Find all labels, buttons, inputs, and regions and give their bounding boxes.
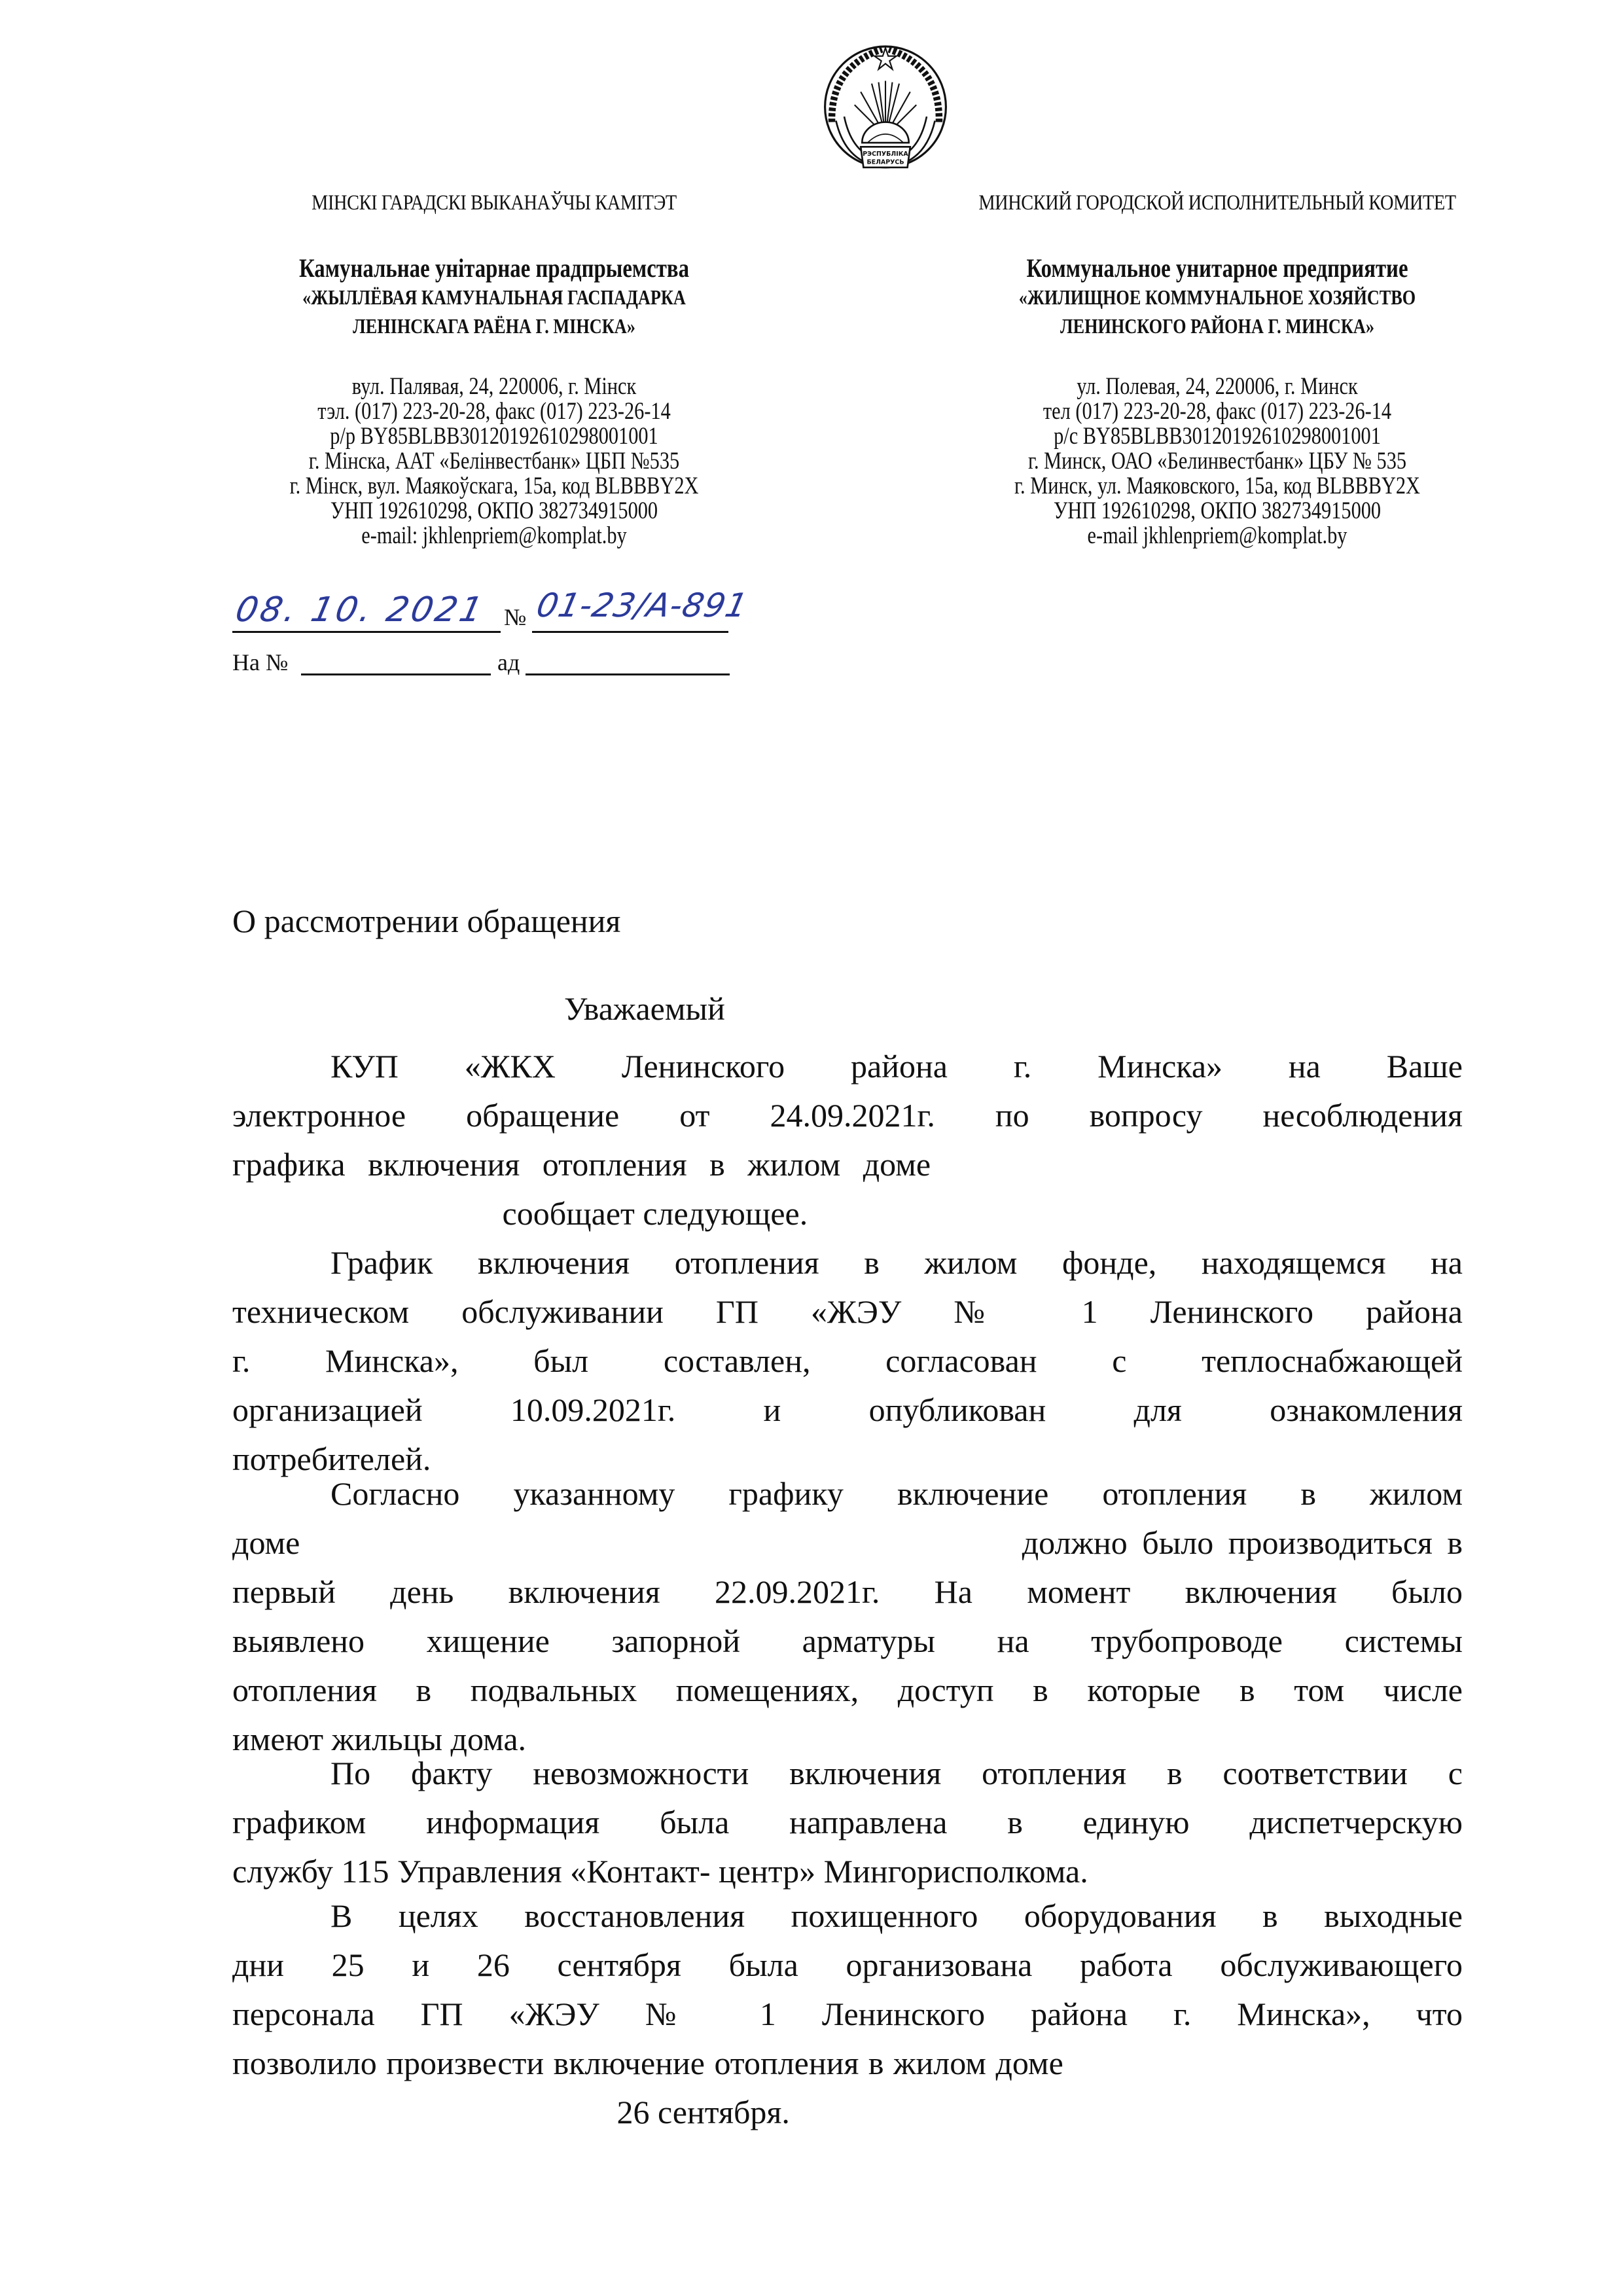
paragraph-line: выявлено хищение запорной арматуры на тр… [232, 1617, 1463, 1666]
paragraph-line: службу 115 Управления «Контакт- центр» М… [232, 1847, 1463, 1896]
tax-ids-be: УНП 192610298, ОКПО 382734915000 [250, 499, 738, 524]
paragraph-line-text: позволило произвести включение отопления… [232, 2045, 1063, 2081]
bank-name-ru: г. Минск, ОАО «Белинвестбанк» ЦБУ № 535 [949, 449, 1486, 474]
redacted-address [232, 1189, 494, 1238]
paragraph-line-text: 26 сентября. [617, 2094, 790, 2130]
contacts-ru: ул. Полевая, 24, 220006, г. Минск тел (0… [890, 374, 1544, 548]
paragraph-line: В целях восстановления похищенного обору… [232, 1892, 1463, 1941]
redacted-address [232, 2088, 609, 2137]
outgoing-date-field: 08. 10. 2021 [232, 589, 501, 633]
org-type-be: Камунальнае унітарнае прадпрыемства [250, 254, 738, 283]
redacted-address [1071, 2039, 1268, 2088]
salutation: Уважаемый [564, 990, 725, 1028]
paragraph-line: персонала ГП «ЖЭУ № 1 Ленинского района … [232, 1990, 1463, 2039]
phone-fax-ru: тел (017) 223-20-28, факс (017) 223-26-1… [949, 399, 1486, 424]
registration-line: 08. 10. 2021 № 01-23/А-891 [232, 589, 730, 635]
address-ru: ул. Полевая, 24, 220006, г. Минск [949, 374, 1486, 399]
reference-date-field [526, 645, 730, 675]
org-name-line2-ru: ЛЕНИНСКОГО РАЙОНА Г. МИНСКА» [965, 312, 1470, 340]
bank-name-be: г. Мінска, ААТ «Белінвестбанк» ЦБП №535 [250, 449, 738, 474]
reference-number-field [301, 645, 491, 675]
letter-subject: О рассмотрении обращения [232, 902, 620, 940]
paragraph-line: г. Минска», был составлен, согласован с … [232, 1336, 1463, 1386]
paragraph-line: сообщает следующее. [232, 1189, 1463, 1238]
email-be: e-mail: jkhlenpriem@komplat.by [250, 524, 738, 548]
phone-fax-be: тэл. (017) 223-20-28, факс (017) 223-26-… [250, 399, 738, 424]
paragraph-line-text: графика включения отопления в жилом доме [232, 1146, 931, 1183]
tax-ids-ru: УНП 192610298, ОКПО 382734915000 [949, 499, 1486, 524]
paragraph-line: отопления в подвальных помещениях, досту… [232, 1666, 1463, 1715]
paragraph-line-text: доме [232, 1524, 300, 1561]
paragraph-5: В целях восстановления похищенного обору… [232, 1892, 1463, 2137]
org-block-ru: Коммунальное унитарное предприятие «ЖИЛИ… [910, 254, 1525, 340]
handwritten-number: 01-23/А-891 [533, 586, 751, 624]
paragraph-line: График включения отопления в жилом фонде… [232, 1238, 1463, 1287]
paragraph-line: электронное обращение от 24.09.2021г. по… [232, 1091, 1463, 1140]
address-be: вул. Палявая, 24, 220006, г. Мінск [250, 374, 738, 399]
paragraph-line-text: должно было производиться в [1022, 1518, 1463, 1568]
redacted-address [939, 1140, 1266, 1189]
paragraph-line: графика включения отопления в жилом доме [232, 1140, 1463, 1189]
bank-account-ru: р/с BY85BLBB30120192610298001001 [949, 424, 1486, 449]
reference-date-label: ад [497, 649, 520, 676]
paragraph-line-text: сообщает следующее. [503, 1195, 808, 1232]
org-block-be: Камунальнае унітарнае прадпрыемства «ЖЫЛ… [196, 254, 792, 340]
paragraph-line: По факту невозможности включения отоплен… [232, 1749, 1463, 1798]
paragraph-line: 26 сентября. [232, 2088, 1463, 2137]
paragraph-line: техническом обслуживании ГП «ЖЭУ № 1 Лен… [232, 1287, 1463, 1336]
handwritten-date: 08. 10. 2021 [232, 590, 489, 630]
reference-number-label: На № [232, 649, 288, 676]
paragraph-line: организацией 10.09.2021г. и опубликован … [232, 1386, 1463, 1435]
bank-address-ru: г. Минск, ул. Маяковского, 15а, код BLBB… [949, 474, 1486, 499]
paragraph-line: Согласно указанному графику включение от… [232, 1469, 1463, 1518]
paragraph-line: КУП «ЖКХ Ленинского района г. Минска» на… [232, 1042, 1463, 1091]
committee-title-ru: МИНСКИЙ ГОРОДСКОЙ ИСПОЛНИТЕЛЬНЫЙ КОМИТЕТ [953, 191, 1482, 215]
paragraph-2: График включения отопления в жилом фонде… [232, 1238, 1463, 1484]
bank-address-be: г. Мінск, вул. Маякоўскага, 15а, код BLB… [250, 474, 738, 499]
paragraph-1: КУП «ЖКХ Ленинского района г. Минска» на… [232, 1042, 1463, 1238]
state-emblem-icon: РЭСПУБЛІКА БЕЛАРУСЬ [817, 38, 954, 179]
redacted-address [308, 1518, 845, 1568]
paragraph-4: По факту невозможности включения отоплен… [232, 1749, 1463, 1896]
bank-account-be: р/р BY85BLBB30120192610298001001 [250, 424, 738, 449]
org-name-line1-ru: «ЖИЛИЩНОЕ КОММУНАЛЬНОЕ ХОЗЯЙСТВО [965, 283, 1470, 312]
paragraph-line: позволило произвести включение отопления… [232, 2039, 1463, 2088]
number-label: № [504, 603, 526, 631]
org-type-ru: Коммунальное унитарное предприятие [965, 254, 1470, 283]
contacts-be: вул. Палявая, 24, 220006, г. Мінск тэл. … [196, 374, 792, 548]
paragraph-line: графиком информация была направлена в ед… [232, 1798, 1463, 1847]
svg-text:РЭСПУБЛІКА: РЭСПУБЛІКА [863, 151, 908, 158]
paragraph-line: дни 25 и 26 сентября была организована р… [232, 1941, 1463, 1990]
letter-page: РЭСПУБЛІКА БЕЛАРУСЬ МІНСКІ ГАРАДСКІ ВЫКА… [0, 0, 1623, 2296]
paragraph-3: Согласно указанному графику включение от… [232, 1469, 1463, 1764]
org-name-line1-be: «ЖЫЛЛЁВАЯ КАМУНАЛЬНАЯ ГАСПАДАРКА [250, 283, 738, 312]
svg-text:БЕЛАРУСЬ: БЕЛАРУСЬ [866, 159, 904, 166]
paragraph-line: первый день включения 22.09.2021г. На мо… [232, 1568, 1463, 1617]
email-ru: e-mail jkhlenpriem@komplat.by [949, 524, 1486, 548]
reference-line: На № ад [232, 645, 730, 677]
paragraph-line: доме должно было производиться в [232, 1518, 1463, 1568]
committee-title-be: МІНСКІ ГАРАДСКІ ВЫКАНАЎЧЫ КАМІТЭТ [238, 191, 751, 215]
org-name-line2-be: ЛЕНІНСКАГА РАЁНА Г. МІНСКА» [250, 312, 738, 340]
